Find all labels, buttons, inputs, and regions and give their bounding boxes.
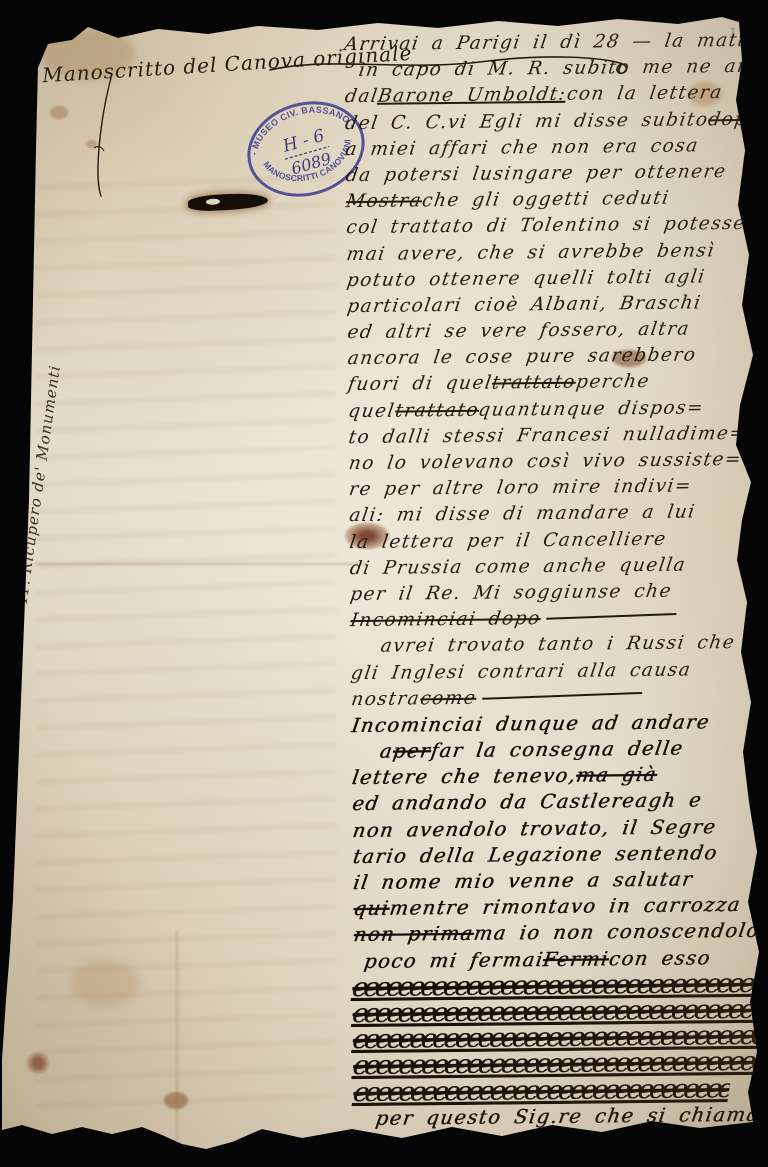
handwritten-text: potuto ottenere quelli tolti agli — [345, 264, 707, 294]
struck-text: Mostra — [344, 188, 424, 215]
manuscript-line: dal Barone Umboldt: con la lettera — [343, 80, 747, 110]
handwritten-text: lettere che tenevo, — [350, 763, 578, 791]
manuscript-line: Incominciai dunque ad andare — [349, 709, 753, 739]
manuscript-line: potuto ottenere quelli tolti agli — [345, 264, 749, 294]
scribble-strokes: eeeeeeeeeeeeeeeeeeeeeeeeeeeeeeeeeeeeeeee… — [351, 995, 768, 1027]
struck-text: qui — [352, 896, 392, 922]
strike-tail — [482, 692, 642, 700]
handwritten-text: perche — [574, 369, 652, 396]
handwritten-text: che gli oggetti ceduti — [420, 186, 671, 215]
struck-text: ma già — [574, 762, 659, 789]
manuscript-line: ed andando da Castlereagh e — [350, 787, 754, 817]
handwritten-text: di Prussia come anche quella — [348, 552, 688, 582]
struck-text: non prima — [352, 921, 476, 948]
manuscript-line: non prima ma io non conoscendolo — [352, 918, 756, 948]
handwritten-text: tario della Legazione sentendo — [351, 840, 720, 870]
handwritten-text: Incominciai dunque ad andare — [350, 709, 712, 739]
verso-bleedthrough — [36, 170, 336, 1120]
handwritten-text: del C. C.vi Egli mi disse subito — [343, 107, 710, 137]
handwritten-text: mai avere, che si avrebbe bensì — [345, 238, 717, 268]
handwritten-text: gli Inglesi contrari alla causa — [349, 657, 693, 687]
horizontal-crease — [36, 563, 366, 565]
scribble-strokes: eeeeeeeeeeeeeeeeeeeeeeeeeeeeeeeeeeeeeeee… — [350, 969, 768, 1001]
handwritten-text: per il Re. Mi soggiunse che — [348, 579, 674, 608]
handwritten-text: ali: mi disse di mandare a lui — [347, 500, 697, 530]
manuscript-scan: Manoscritto del Canova originale 1 - MUS… — [0, 0, 768, 1167]
struck-text: dopo — [707, 106, 763, 133]
manuscript-line: ali: mi disse di mandare a lui — [347, 499, 751, 529]
manuscript-line: mai avere, che si avrebbe bensì — [344, 237, 748, 267]
manuscript-line: poco mi fermai Fermi con esso — [352, 944, 756, 974]
handwritten-text: ed andando da Castlereagh e — [350, 788, 704, 818]
handwritten-text: to dalli stessi Francesi nulladime= — [347, 421, 749, 451]
handwritten-text: quel — [346, 398, 396, 425]
handwritten-text: particolari cioè Albani, Braschi — [345, 290, 703, 320]
handwritten-text: con la lettera — [565, 81, 725, 109]
handwritten-text: ancora le cose pure sarebbero — [346, 343, 698, 373]
handwritten-text: per questo Sig.re che si chiama — [374, 1102, 762, 1132]
pen-descender — [86, 70, 126, 200]
handwritten-text: mentre rimontavo in carrozza — [387, 892, 742, 922]
handwritten-text: la lettera per il Cancelliere — [348, 526, 669, 555]
struck-text: Incominciai dopo — [349, 606, 543, 634]
handwritten-text: poco mi fermai — [362, 947, 545, 975]
strike-tail — [547, 613, 677, 620]
manuscript-line: a miei affari che non era cosa — [343, 133, 747, 163]
handwritten-text: da potersi lusingare per ottenere — [344, 159, 728, 189]
stain — [50, 106, 68, 119]
handwritten-text: fuori di quel — [346, 371, 494, 399]
handwritten-text: il nome mio venne a salutar — [351, 866, 695, 896]
struck-text: trattato — [393, 397, 481, 424]
struck-text: come — [418, 685, 478, 712]
manuscript-line: non avendolo trovato, il Segre — [350, 813, 754, 843]
handwritten-text: avrei trovato tanto i Russi che — [379, 630, 737, 660]
handwritten-text: re per altre loro mire indivi= — [347, 474, 694, 504]
manuscript-line-obliterated: eeeeeeeeeeeeeeeeeeeeeeeeeeeeeeeee — [353, 1075, 757, 1105]
paper-sheet: Manoscritto del Canova originale 1 - MUS… — [0, 0, 768, 1167]
handwritten-text: con esso — [607, 945, 713, 972]
handwritten-text: col trattato di Tolentino si potessero — [344, 211, 768, 241]
handwritten-text: far la consegna delle — [429, 736, 685, 765]
handwritten-text: non avendolo trovato, il Segre — [351, 814, 718, 844]
manuscript-line: da potersi lusingare per ottenere — [344, 159, 748, 189]
manuscript-line: del C. C.vi Egli mi disse subito dopo — [343, 106, 747, 136]
manuscript-line: col trattato di Tolentino si potessero — [344, 211, 748, 241]
scribble-strokes: eeeeeeeeeeeeeeeeeeeeeeeeeeeeeeeee — [351, 1076, 731, 1106]
struck-text: per — [391, 738, 433, 764]
handwritten-text: dal — [343, 84, 380, 110]
scribble-strokes: eeeeeeeeeeeeeeeeeeeeeeeeeeeeeeeeeeeeeeee — [351, 1049, 768, 1080]
handwritten-text: nostra — [349, 686, 422, 713]
handwritten-text: a miei affari che non era cosa — [344, 133, 701, 163]
handwritten-text: ed altri se vere fossero, altra — [346, 317, 692, 347]
handwritten-text: quantunque dispos= — [477, 395, 707, 423]
manuscript-line-obliterated: eeeeeeeeeeeeeeeeeeeeeeeeeeeeeeeeeeeeeeee… — [352, 971, 756, 1001]
manuscript-line: quel trattato quantunque dispos= — [346, 395, 750, 425]
vertical-crease — [176, 930, 178, 1140]
struck-text: Fermi — [542, 946, 611, 973]
manuscript-text: Arrivai a Parigi il dì 28 — la mattiin c… — [342, 28, 757, 1132]
handwritten-text: ma io non conoscendolo — [472, 918, 762, 947]
struck-text: trattato — [490, 370, 578, 397]
manuscript-line: avrei trovato tanto i Russi che — [349, 630, 753, 660]
manuscript-line: ancora le cose pure sarebbero — [346, 342, 750, 372]
manuscript-line: per questo Sig.re che si chiama — [353, 1102, 757, 1132]
manuscript-line-obliterated: eeeeeeeeeeeeeeeeeeeeeeeeeeeeeeeeeeeeeeee — [353, 1049, 757, 1079]
handwritten-text: Barone Umboldt: — [376, 82, 568, 110]
